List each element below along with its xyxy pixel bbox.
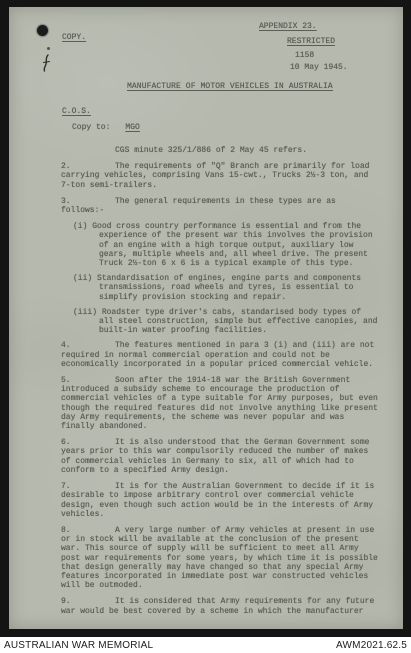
copy-to-line: Copy to:MGO [72, 123, 140, 132]
paragraph-3: 3.The general requirements in these type… [61, 197, 379, 215]
document-title: MANUFACTURE OF MOTOR VEHICLES IN AUSTRAL… [127, 82, 333, 91]
archive-caption-bar: AUSTRALIAN WAR MEMORIAL AWM2021.62.5 [0, 637, 411, 653]
paragraph-6: 6.It is also understood that the German … [61, 438, 379, 475]
sub-paragraph-text: Good cross country performance is essent… [92, 222, 372, 268]
hole-punch-mark [37, 25, 48, 36]
paragraph-number: 3. [61, 197, 115, 206]
paragraph-4: 4.The features mentioned in para 3 (i) a… [61, 341, 379, 369]
paragraph-8: 8.A very large number of Army vehicles a… [61, 526, 379, 590]
sub-paragraph-marker: (i) [73, 222, 87, 231]
paragraph-number: 5. [61, 376, 115, 385]
sub-paragraph-ii: (ii) Standardisation of engines, engine … [73, 274, 379, 302]
sub-paragraph-marker: (iii) [73, 308, 97, 317]
paragraph-1: CGS minute 325/1/886 of 2 May 45 refers. [61, 146, 379, 155]
copy-label: COPY. [62, 33, 86, 42]
paragraph-text: CGS minute 325/1/886 of 2 May 45 refers. [115, 146, 307, 155]
sub-paragraph-text: Standardisation of engines, engine parts… [97, 274, 361, 301]
paragraph-number: 6. [61, 438, 115, 447]
paragraph-2: 2.The requirements of "Q" Branch are pri… [61, 162, 379, 190]
archive-id: AWM2021.62.5 [336, 640, 407, 651]
paragraph-number: 4. [61, 341, 115, 350]
paragraph-text: Soon after the 1914-18 war the British G… [61, 376, 378, 431]
paragraph-5: 5.Soon after the 1914-18 war the British… [61, 376, 379, 431]
scanned-document-screenshot: { "colors": { "paper": "#b6b9ae", "ink":… [0, 0, 411, 653]
appendix-label: APPENDIX 23. [259, 22, 317, 31]
paragraph-9: 9.It is considered that Army requirement… [61, 597, 379, 615]
reference-number: 1158 [295, 51, 314, 60]
sub-paragraph-marker: (ii) [73, 274, 92, 283]
handwritten-ink-mark [41, 54, 52, 72]
sub-paragraph-iii: (iii) Roadster type driver's cabs, stand… [73, 308, 379, 336]
document-date: 10 May 1945. [290, 63, 348, 72]
addressee: C.O.S. [62, 107, 91, 116]
paragraph-number: 7. [61, 482, 115, 491]
classification-stamp: RESTRICTED [287, 37, 335, 46]
document-body: CGS minute 325/1/886 of 2 May 45 refers.… [61, 146, 379, 623]
copy-to-label: Copy to: [72, 123, 110, 132]
paragraph-text: A very large number of Army vehicles at … [61, 526, 378, 590]
paragraph-number: 9. [61, 597, 115, 606]
sub-paragraph-text: Roadster type driver's cabs, standarised… [99, 308, 377, 335]
paragraph-7: 7.It is for the Australian Government to… [61, 482, 379, 519]
copy-to-recipient: MGO [125, 123, 139, 132]
sub-paragraph-i: (i) Good cross country performance is es… [73, 222, 379, 268]
document-page: COPY. APPENDIX 23. RESTRICTED 1158 10 Ma… [9, 7, 403, 629]
ink-dot [47, 47, 50, 50]
paragraph-number: 8. [61, 526, 115, 535]
archive-name: AUSTRALIAN WAR MEMORIAL [4, 640, 153, 651]
